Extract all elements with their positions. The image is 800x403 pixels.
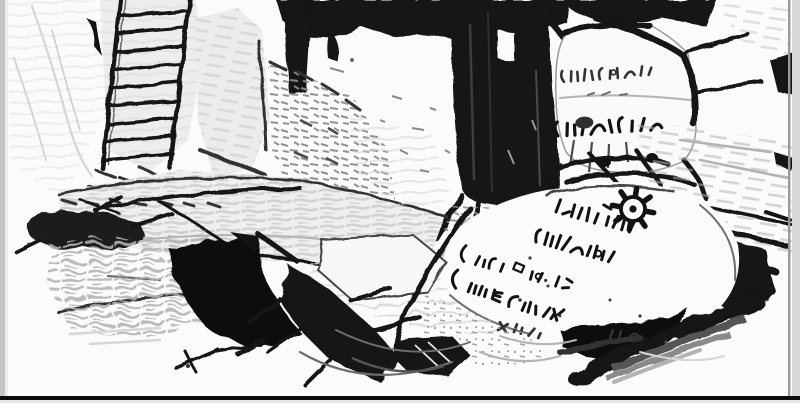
right-edge-strip	[792, 0, 800, 403]
sketch-page	[0, 0, 800, 403]
left-edge-strip	[0, 0, 5, 403]
sketch-canvas	[0, 0, 800, 403]
bottom-rule	[0, 396, 800, 400]
